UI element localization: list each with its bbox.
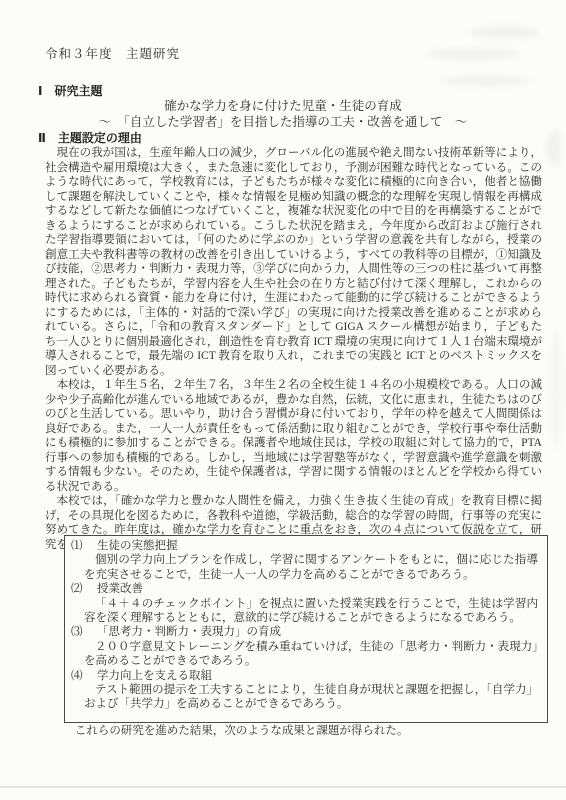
hypothesis-item-4-number: ⑷: [71, 669, 97, 683]
hypothesis-item-3-title: 「思考力・判断力・表現力」の育成: [97, 625, 281, 639]
scan-smudge: [546, 130, 562, 166]
hypothesis-item-2-number: ⑵: [71, 582, 97, 596]
scan-smudge: [440, 76, 530, 86]
reason-paragraph-2: 本校は，１年生５名，２年生７名，３年生２名の全校生徒１４名の小規模校である。人口…: [45, 378, 542, 494]
scan-smudge: [470, 26, 540, 39]
hypothesis-item-4-heading: ⑷ 学力向上を支える取組: [71, 669, 540, 683]
hypothesis-item-2-title: 授業改善: [97, 582, 143, 596]
section-2-heading: Ⅱ 主題設定の理由: [38, 129, 142, 146]
hypothesis-box: ⑴ 生徒の実態把握 個別の学力向上プランを作成し，学習に関するアンケートをもとに…: [64, 535, 548, 723]
hypothesis-item-1-heading: ⑴ 生徒の実態把握: [71, 539, 540, 553]
scan-edge-shadow: [0, 786, 566, 788]
hypothesis-item-4-body: テスト範囲の提示を工夫することにより，生徒自身が現状と課題を把握し，「自学力」お…: [84, 683, 538, 712]
hypothesis-item-1-title: 生徒の実態把握: [97, 539, 178, 553]
hypothesis-item-1-number: ⑴: [71, 539, 97, 553]
scan-smudge: [549, 330, 563, 450]
hypothesis-item-4: ⑷ 学力向上を支える取組 テスト範囲の提示を工夫することにより，生徒自身が現状と…: [71, 669, 540, 712]
scan-smudge: [425, 48, 520, 60]
scanned-document-page: 令和３年度 主題研究 Ⅰ 研究主題 確かな学力を身に付けた児童・生徒の育成 ～ …: [0, 0, 566, 800]
hypothesis-item-1-body: 個別の学力向上プランを作成し，学習に関するアンケートをもとに，個に応じた指導を充…: [84, 553, 538, 582]
hypothesis-item-3-number: ⑶: [71, 625, 97, 639]
hypothesis-item-1: ⑴ 生徒の実態把握 個別の学力向上プランを作成し，学習に関するアンケートをもとに…: [71, 539, 540, 582]
reason-paragraph-1: 現在の我が国は，生産年齢人口の減少，グローバル化の進展や絶え間ない技術革新等によ…: [45, 146, 542, 378]
hypothesis-item-3: ⑶ 「思考力・判断力・表現力」の育成 ２００字意見文トレーニングを積み重ねていけ…: [71, 625, 540, 668]
hypothesis-item-2-body: 「４＋４のチェックポイント」を視点に置いた授業実践を行うことで，生徒は学習内容を…: [84, 597, 538, 626]
hypothesis-item-2-heading: ⑵ 授業改善: [71, 582, 540, 596]
doc-title: 令和３年度 主題研究: [45, 44, 180, 62]
hypothesis-item-4-title: 学力向上を支える取組: [97, 669, 212, 683]
hypothesis-item-3-body: ２００字意見文トレーニングを積み重ねていけば，生徒の「思考力・判断力・表現力」を…: [84, 640, 538, 669]
hypothesis-item-3-heading: ⑶ 「思考力・判断力・表現力」の育成: [71, 625, 540, 639]
research-theme-sub: ～ 「自立した学習者」を目指した指導の工夫・改善を通して ～: [0, 112, 566, 130]
closing-line: これらの研究を進めた結果，次のような成果と課題が得られた。: [45, 724, 545, 739]
reason-text-block: 現在の我が国は，生産年齢人口の減少，グローバル化の進展や絶え間ない技術革新等によ…: [45, 146, 542, 552]
hypothesis-item-2: ⑵ 授業改善 「４＋４のチェックポイント」を視点に置いた授業実践を行うことで，生…: [71, 582, 540, 625]
